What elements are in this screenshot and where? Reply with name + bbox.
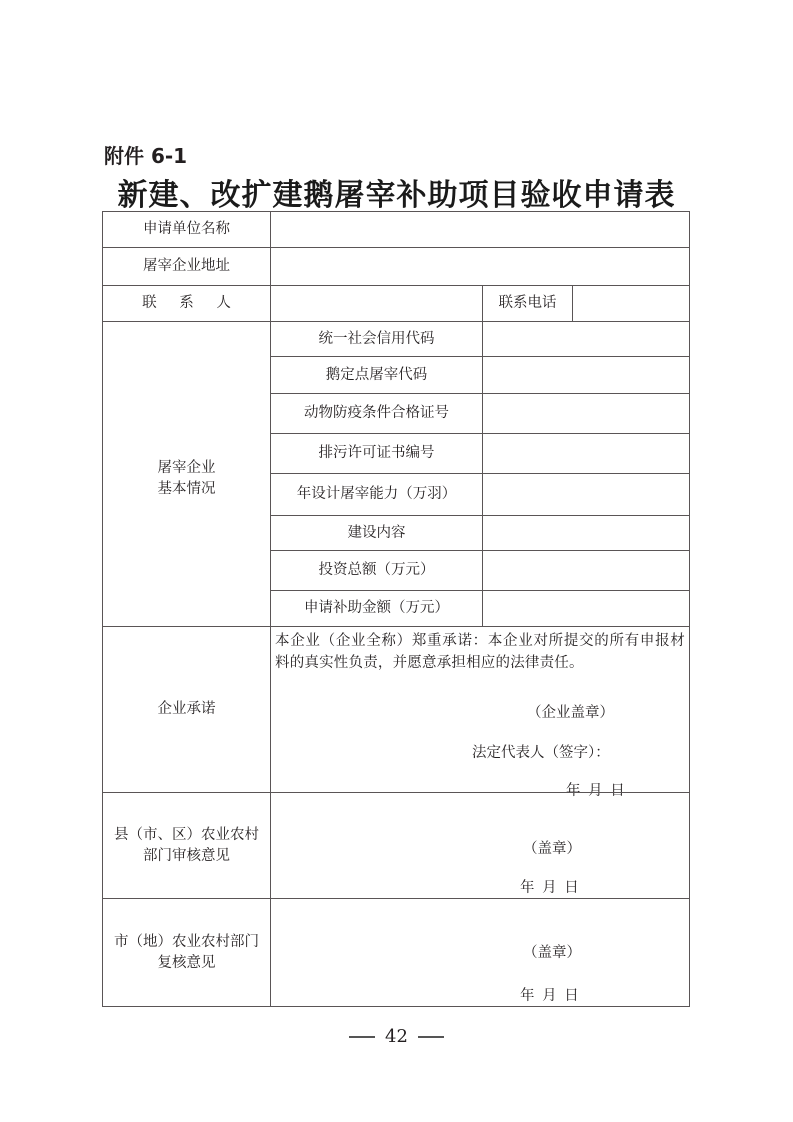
page-number-dash-left	[349, 1036, 375, 1038]
applicant-name-field[interactable]	[270, 211, 690, 248]
basic-info-item-label-cell: 申请补助金额（万元）	[270, 590, 483, 627]
contact-phone-label: 联系电话	[499, 293, 557, 314]
basic-info-item-label-cell: 动物防疫条件合格证号	[270, 393, 483, 434]
commitment-content-cell[interactable]: 本企业（企业全称）郑重承诺：本企业对所提交的所有申报材料的真实性负责，并愿意承担…	[270, 626, 690, 793]
enterprise-address-field[interactable]	[270, 247, 690, 286]
slaughter-code-label: 鹅定点屠宰代码	[326, 365, 428, 386]
basic-info-item-label-cell: 投资总额（万元）	[270, 550, 483, 591]
county-review-label-line1: 县（市、区）农业农村	[114, 825, 259, 846]
slaughter-code-field[interactable]	[482, 356, 690, 394]
legal-representative-signature-label: 法定代表人（签字）：	[472, 741, 610, 762]
applicant-name-label: 申请单位名称	[143, 219, 230, 240]
city-review-content-cell[interactable]: （盖章） 年 月 日	[270, 898, 690, 1007]
discharge-permit-label: 排污许可证书编号	[319, 443, 435, 464]
annual-capacity-field[interactable]	[482, 473, 690, 516]
commitment-text: 本企业（企业全称）郑重承诺：本企业对所提交的所有申报材料的真实性负责，并愿意承担…	[275, 630, 685, 674]
basic-info-group-label-cell: 屠宰企业 基本情况	[102, 321, 271, 627]
annual-capacity-label: 年设计屠宰能力（万羽）	[297, 484, 457, 505]
contact-person-label-cell: 联 系 人	[102, 285, 271, 322]
attachment-label: 附件 6-1	[104, 140, 187, 169]
city-date-label: 年 月 日	[520, 984, 579, 1005]
basic-info-group-label-line2: 基本情况	[158, 479, 216, 500]
county-review-label-cell: 县（市、区）农业农村 部门审核意见	[102, 792, 271, 899]
total-investment-field[interactable]	[482, 550, 690, 591]
epidemic-certificate-field[interactable]	[482, 393, 690, 434]
city-seal-label: （盖章）	[523, 941, 581, 962]
county-seal-label: （盖章）	[523, 837, 581, 858]
commitment-label: 企业承诺	[158, 699, 216, 720]
construction-content-label: 建设内容	[348, 523, 406, 544]
enterprise-address-label: 屠宰企业地址	[143, 256, 230, 277]
contact-phone-field[interactable]	[572, 285, 690, 322]
city-review-label-cell: 市（地）农业农村部门 复核意见	[102, 898, 271, 1007]
construction-content-field[interactable]	[482, 515, 690, 551]
basic-info-item-label-cell: 建设内容	[270, 515, 483, 551]
subsidy-amount-field[interactable]	[482, 590, 690, 627]
county-review-content-cell[interactable]: （盖章） 年 月 日	[270, 792, 690, 899]
discharge-permit-field[interactable]	[482, 433, 690, 474]
credit-code-field[interactable]	[482, 321, 690, 357]
basic-info-item-label-cell: 年设计屠宰能力（万羽）	[270, 473, 483, 516]
county-date-label: 年 月 日	[520, 876, 579, 897]
basic-info-item-label-cell: 排污许可证书编号	[270, 433, 483, 474]
enterprise-seal-label: （企业盖章）	[527, 701, 614, 722]
applicant-name-label-cell: 申请单位名称	[102, 211, 271, 248]
city-review-label-line2: 复核意见	[114, 953, 259, 974]
enterprise-address-label-cell: 屠宰企业地址	[102, 247, 271, 286]
contact-phone-label-cell: 联系电话	[482, 285, 573, 322]
basic-info-group-label-line1: 屠宰企业	[158, 458, 216, 479]
subsidy-amount-label: 申请补助金额（万元）	[304, 598, 449, 619]
page-number-value: 42	[385, 1026, 408, 1047]
total-investment-label: 投资总额（万元）	[319, 560, 435, 581]
epidemic-certificate-label: 动物防疫条件合格证号	[304, 403, 449, 424]
credit-code-label: 统一社会信用代码	[319, 329, 435, 350]
basic-info-item-label-cell: 鹅定点屠宰代码	[270, 356, 483, 394]
city-review-label-line1: 市（地）农业农村部门	[114, 932, 259, 953]
form-title: 新建、改扩建鹅屠宰补助项目验收申请表	[0, 170, 793, 214]
commitment-label-cell: 企业承诺	[102, 626, 271, 793]
application-form-table: 申请单位名称 屠宰企业地址 联 系 人 联系电话 屠宰企业 基本情况 统一社会信…	[102, 211, 690, 1007]
basic-info-item-label-cell: 统一社会信用代码	[270, 321, 483, 357]
page-number-dash-right	[418, 1036, 444, 1038]
contact-person-field[interactable]	[270, 285, 483, 322]
contact-person-label: 联 系 人	[133, 293, 240, 314]
county-review-label-line2: 部门审核意见	[114, 846, 259, 867]
page-number: 42	[0, 1026, 793, 1047]
